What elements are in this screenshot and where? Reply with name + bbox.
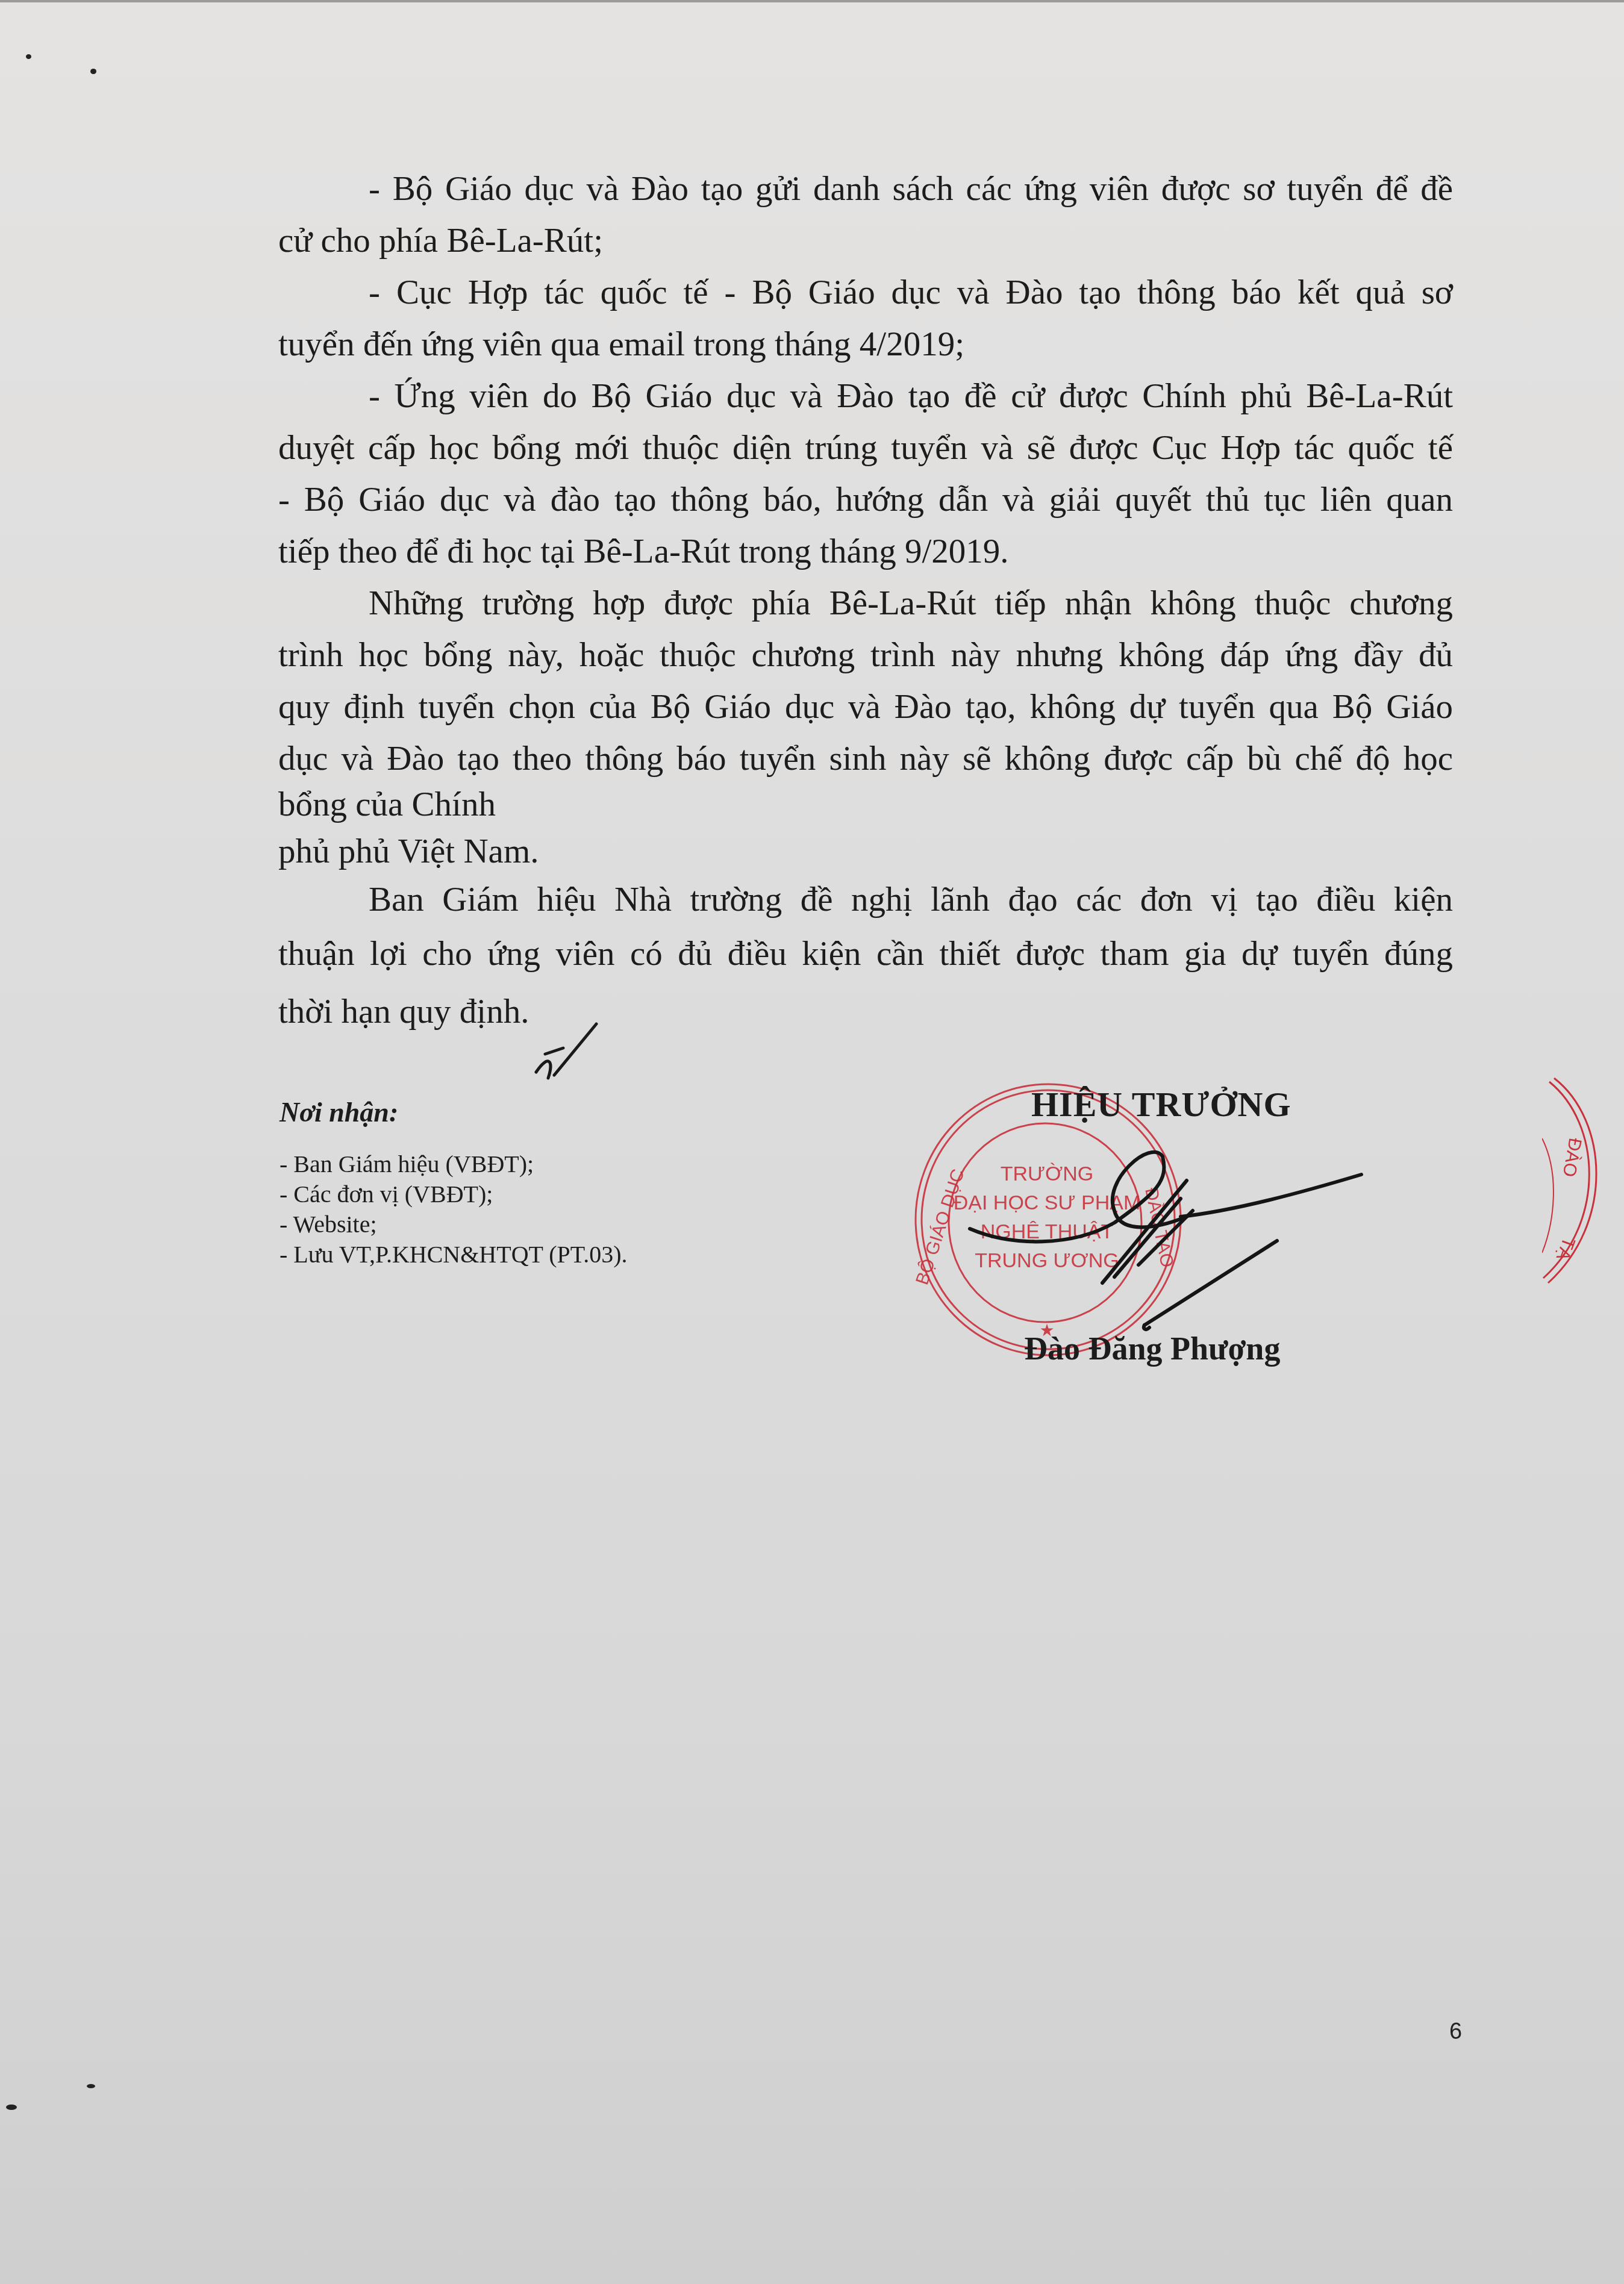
- recipient-item: - Lưu VT,P.KHCN&HTQT (PT.03).: [280, 1240, 628, 1270]
- text-line: Ban Giám hiệu Nhà trường đề nghị lãnh đạ…: [278, 873, 1453, 926]
- edge-seal: ĐÀO TẠ: [1542, 1072, 1614, 1289]
- recipient-item: - Các đơn vị (VBĐT);: [280, 1179, 628, 1209]
- text-line: - Ứng viên do Bộ Giáo dục và Đào tạo đề …: [278, 370, 1453, 423]
- recipients-list: - Ban Giám hiệu (VBĐT); - Các đơn vị (VB…: [280, 1149, 628, 1270]
- text-line: - Bộ Giáo dục và Đào tạo gửi danh sách c…: [278, 163, 1453, 216]
- text-line: dục và Đào tạo theo thông báo tuyển sinh…: [278, 732, 1453, 785]
- text-line: Những trường hợp được phía Bê-La-Rút tiế…: [278, 577, 1453, 630]
- edge-seal-text: TẠ: [1552, 1235, 1579, 1263]
- recipient-item: - Website;: [280, 1209, 628, 1240]
- text-line: cử cho phía Bê-La-Rút;: [278, 214, 603, 267]
- punch-mark: [26, 54, 31, 59]
- handwritten-signature: [964, 1144, 1398, 1361]
- text-line: thuận lợi cho ứng viên có đủ điều kiện c…: [278, 928, 1453, 981]
- recipients-title: Nơi nhận:: [280, 1096, 398, 1128]
- initials-mark: [530, 1018, 602, 1084]
- signer-title: HIỆU TRƯỞNG: [1031, 1084, 1291, 1125]
- page-top-edge: [0, 0, 1624, 2]
- text-line: thời hạn quy định.: [278, 985, 529, 1038]
- text-line: tuyển đến ứng viên qua email trong tháng…: [278, 318, 964, 371]
- text-line: phủ phủ Việt Nam.: [278, 825, 539, 878]
- punch-mark: [90, 69, 96, 74]
- text-line: - Bộ Giáo dục và đào tạo thông báo, hướn…: [278, 473, 1453, 526]
- text-line: duyệt cấp học bổng mới thuộc diện trúng …: [278, 422, 1453, 475]
- edge-seal-text: ĐÀO: [1558, 1137, 1585, 1179]
- text-line: - Cục Hợp tác quốc tế - Bộ Giáo dục và Đ…: [278, 266, 1453, 319]
- text-line: bổng của Chính: [278, 778, 496, 831]
- text-line: quy định tuyển chọn của Bộ Giáo dục và Đ…: [278, 681, 1453, 734]
- signer-name: Đào Đăng Phượng: [1024, 1330, 1280, 1367]
- text-line: trình học bổng này, hoặc thuộc chương tr…: [278, 629, 1453, 682]
- text-line: tiếp theo để đi học tại Bê-La-Rút trong …: [278, 525, 1009, 578]
- punch-mark: [87, 2084, 95, 2088]
- recipient-item: - Ban Giám hiệu (VBĐT);: [280, 1149, 628, 1179]
- page-number: 6: [1449, 2019, 1462, 2045]
- punch-mark: [6, 2105, 17, 2110]
